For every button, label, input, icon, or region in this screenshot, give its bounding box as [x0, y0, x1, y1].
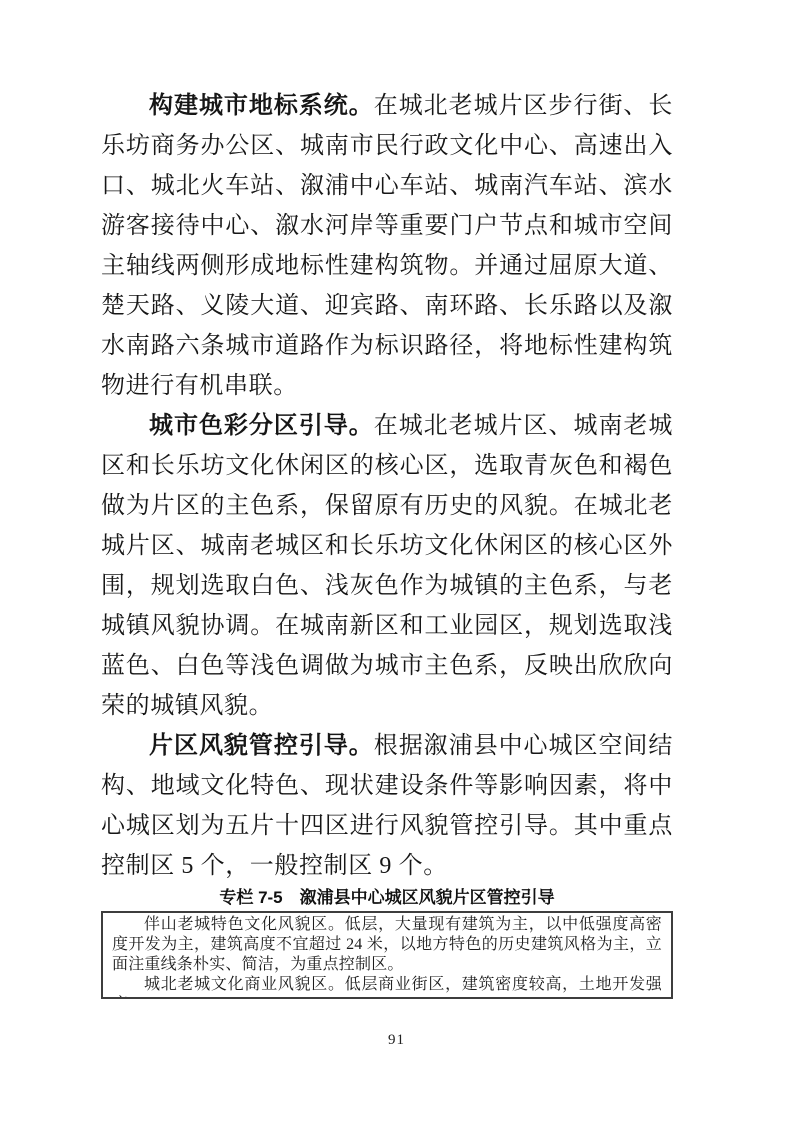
- callout-paragraph: 城北老城文化商业风貌区。低层商业街区，建筑密度较高，土地开发强度: [112, 975, 662, 999]
- page-content: 构建城市地标系统。在城北老城片区步行街、长乐坊商务办公区、城南市民行政文化中心、…: [101, 86, 673, 999]
- callout-box: 伴山老城特色文化风貌区。低层，大量现有建筑为主，以中低强度高密度开发为主，建筑高…: [101, 911, 673, 999]
- paragraph-text: 在城北老城片区步行街、长乐坊商务办公区、城南市民行政文化中心、高速出入口、城北火…: [101, 93, 673, 399]
- page-footer: 91: [0, 1031, 793, 1049]
- paragraph-text: 在城北老城片区、城南老城区和长乐坊文化休闲区的核心区，选取青灰色和褐色做为片区的…: [101, 413, 673, 719]
- document-page: 构建城市地标系统。在城北老城片区步行街、长乐坊商务办公区、城南市民行政文化中心、…: [0, 0, 793, 1122]
- paragraph-lead: 城市色彩分区引导。: [149, 412, 374, 439]
- paragraph-color-zoning: 城市色彩分区引导。在城北老城片区、城南老城区和长乐坊文化休闲区的核心区，选取青灰…: [101, 406, 673, 726]
- callout-paragraph: 伴山老城特色文化风貌区。低层，大量现有建筑为主，以中低强度高密度开发为主，建筑高…: [112, 915, 662, 975]
- page-number: 91: [388, 1032, 405, 1048]
- paragraph-district-control: 片区风貌管控引导。根据溆浦县中心城区空间结构、地域文化特色、现状建设条件等影响因…: [101, 726, 673, 886]
- callout-title: 专栏 7-5 溆浦县中心城区风貌片区管控引导: [101, 887, 673, 908]
- paragraph-lead: 片区风貌管控引导。: [149, 732, 374, 759]
- paragraph-landmark-system: 构建城市地标系统。在城北老城片区步行街、长乐坊商务办公区、城南市民行政文化中心、…: [101, 86, 673, 406]
- paragraph-lead: 构建城市地标系统。: [149, 92, 374, 119]
